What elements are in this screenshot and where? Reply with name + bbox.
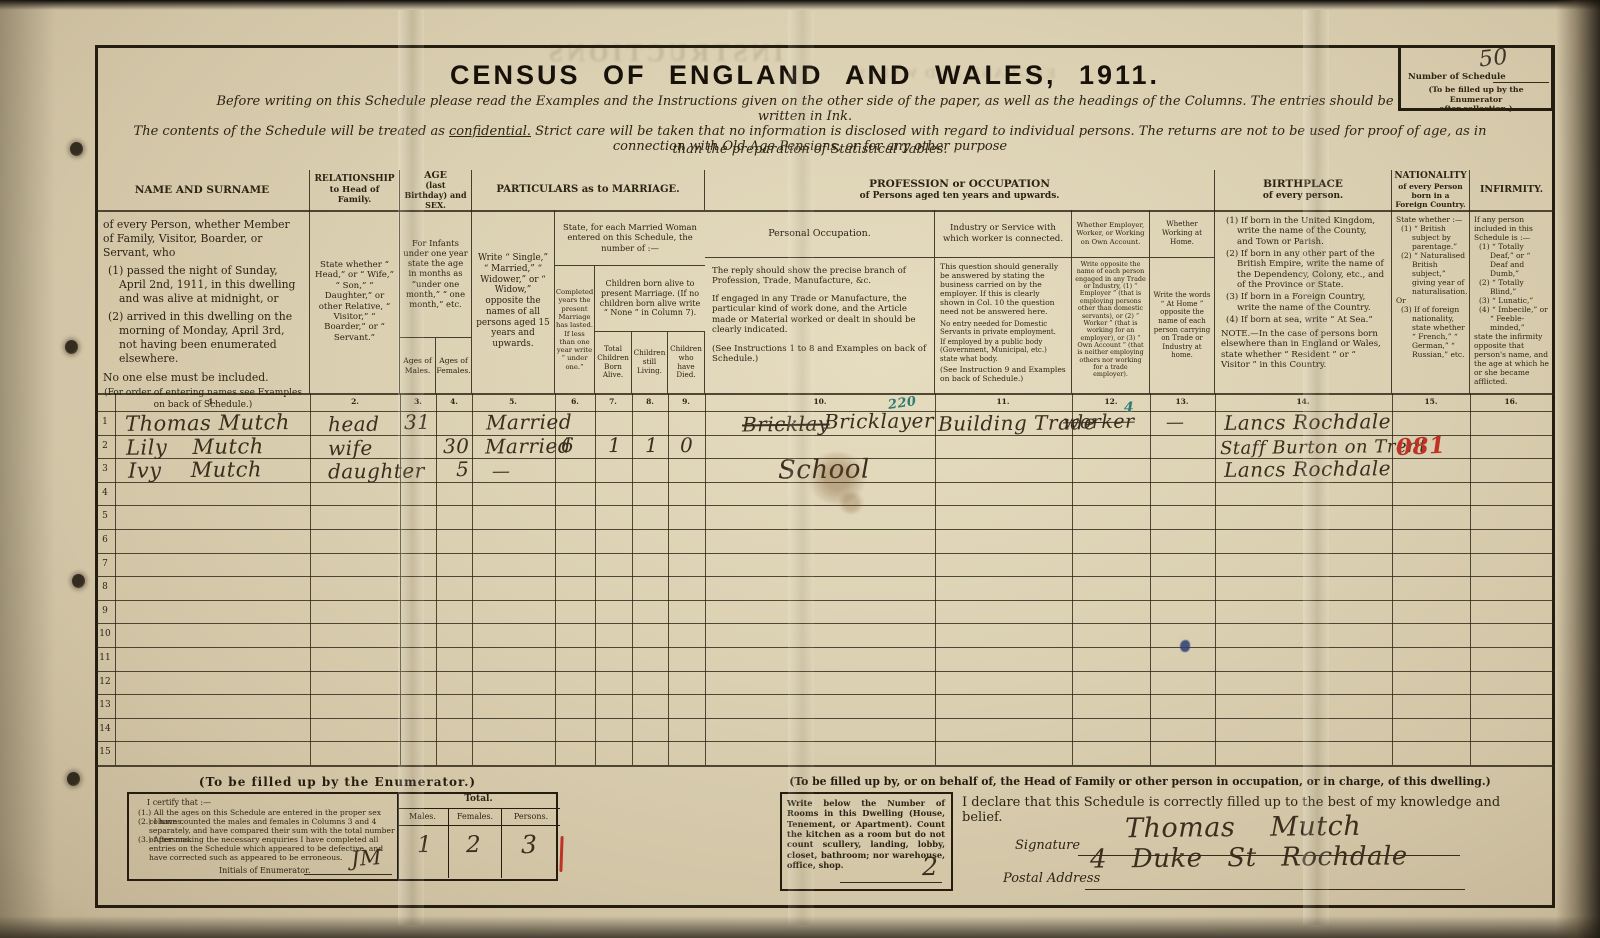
- column-number: 10.: [813, 397, 826, 406]
- entry-marriage: Married: [485, 434, 571, 459]
- entry-relationship: daughter: [328, 458, 425, 483]
- grid-hline: [95, 529, 1555, 530]
- schedule-number-label: Number of Schedule: [1408, 72, 1506, 82]
- desc-employer-worker: Write opposite the name of each person e…: [1072, 258, 1150, 393]
- entry-name: Thomas Mutch: [125, 410, 290, 436]
- grid-hline: [95, 647, 1555, 648]
- punch-hole: [70, 142, 83, 156]
- grid-hline: [95, 718, 1555, 719]
- grid-vline: [115, 393, 116, 765]
- rooms-value: 2: [922, 852, 939, 881]
- header-nationality: NATIONALITYof every Person born in a For…: [1392, 170, 1470, 210]
- grid-hline: [95, 600, 1555, 601]
- punch-hole: [65, 340, 78, 354]
- householder-heading: (To be filled up by, or on behalf of, th…: [780, 775, 1500, 788]
- row-number: 10: [99, 629, 110, 639]
- desc-industry: This question should generally be answer…: [935, 258, 1072, 393]
- punch-hole: [72, 574, 85, 588]
- row-number: 15: [99, 747, 110, 757]
- entry-age: 31: [404, 410, 431, 434]
- desc-total-children: Total Children Born Alive.: [595, 332, 632, 393]
- entry-marriage: —: [492, 461, 511, 482]
- totals-females-label: Females.: [449, 809, 502, 826]
- column-number: 5.: [509, 397, 517, 406]
- entry-birthplace: Lancs Rochdale: [1224, 409, 1391, 435]
- desc-working-at-home: Write the words “ At Home ” opposite the…: [1150, 258, 1215, 393]
- grid-vline: [310, 393, 311, 765]
- row-number: 12: [99, 677, 110, 687]
- schedule-number-line: [1493, 82, 1549, 83]
- enumerator-initials-label: Initials of Enumerator.: [219, 866, 311, 875]
- entry-marriage: Married: [486, 410, 572, 435]
- column-number: 13.: [1175, 397, 1188, 406]
- rooms-box: Write below the Number of Rooms in this …: [780, 792, 953, 891]
- desc-marital-status: Write “ Single,” “ Married,” “ Widower,”…: [472, 210, 555, 393]
- entry-at-home: —: [1166, 412, 1185, 433]
- desc-age-females: Ages of Females.: [436, 338, 472, 393]
- schedule-number-value: 50: [1478, 45, 1509, 73]
- row-number: 8: [102, 582, 108, 592]
- desc-name: of every Person, whether Member of Famil…: [95, 210, 310, 393]
- column-number: 3.: [414, 397, 422, 406]
- header-profession: PROFESSION or OCCUPATIONof Persons aged …: [705, 170, 1215, 210]
- entry-birthplace: Lancs Rochdale: [1224, 456, 1391, 482]
- schedule-number-box: Number of Schedule (To be filled up by t…: [1398, 45, 1554, 111]
- entry-occupation-struck: Bricklay: [742, 412, 830, 437]
- row-number: 3: [102, 464, 108, 474]
- column-number: 1.: [208, 397, 216, 406]
- grid-hline: [95, 623, 1555, 624]
- instruction-line-1: Before writing on this Schedule please r…: [200, 94, 1410, 124]
- header-infirmity: INFIRMITY.: [1470, 170, 1553, 210]
- grid-hline: [95, 576, 1555, 577]
- row-number: 13: [99, 700, 110, 710]
- totals-males-label: Males.: [397, 809, 449, 826]
- entry-children-born: 1: [608, 433, 621, 457]
- entry-name: Lily Mutch: [126, 434, 264, 459]
- grid-hline: [95, 505, 1555, 506]
- desc-years-married: Completed years the present Marriage has…: [555, 266, 595, 393]
- header-bottom-rule: [95, 393, 1555, 395]
- employment-code-mark: 4: [1124, 400, 1134, 416]
- desc-personal-occupation: The reply should show the precise branch…: [705, 258, 935, 393]
- desc-age-males: Ages of Males.: [400, 338, 436, 393]
- grid-vline: [436, 393, 437, 765]
- entry-age: 5: [456, 457, 469, 481]
- row-number: 14: [99, 724, 110, 734]
- desc-nationality: State whether :— (1) “ British subject b…: [1392, 210, 1470, 393]
- entry-children-living: 1: [645, 433, 658, 457]
- postal-address-value: 4 Duke St Rochdale: [1090, 841, 1408, 874]
- confidential-pre: The contents of the Schedule will be tre…: [134, 124, 449, 139]
- desc-children-living: Children still Living.: [632, 332, 668, 393]
- signature-value: Thomas Mutch: [1125, 811, 1361, 844]
- header-birthplace: BIRTHPLACEof every person.: [1215, 170, 1392, 210]
- grid-hline: [95, 671, 1555, 672]
- rooms-line: [840, 882, 942, 883]
- entry-relationship: head: [328, 412, 380, 437]
- column-number: 7.: [609, 397, 617, 406]
- confidential-word: confidential.: [449, 124, 531, 139]
- column-number: 12.: [1104, 397, 1117, 406]
- enumerator-box: I certify that :— (1.) All the ages on t…: [127, 792, 558, 881]
- scan-edge-right: [1556, 0, 1600, 938]
- totals-males-value: 1: [417, 832, 432, 858]
- row-number: 4: [102, 488, 108, 498]
- entry-name: Ivy Mutch: [128, 457, 262, 482]
- desc-children-died: Children who have Died.: [668, 332, 705, 393]
- scan-edge-left: [0, 0, 55, 938]
- grid-vline: [1470, 393, 1471, 765]
- subhead-personal-occupation: Personal Occupation.: [705, 210, 935, 258]
- column-number: 4.: [450, 397, 458, 406]
- row-number: 9: [102, 606, 108, 616]
- scan-edge-bottom: [0, 916, 1600, 938]
- row-number: 6: [102, 535, 108, 545]
- grid-vline: [472, 393, 473, 765]
- subhead-employer-worker: Whether Employer, Worker, or Working on …: [1072, 210, 1150, 258]
- entry-occupation: Bricklayer: [824, 408, 934, 433]
- grid-vline: [1150, 393, 1151, 765]
- page-title: CENSUS OF ENGLAND AND WALES, 1911.: [200, 60, 1410, 91]
- desc-children-born: Children born alive to present Marriage.…: [595, 266, 705, 332]
- row-number: 7: [102, 559, 108, 569]
- desc-infirmity: If any person included in this Schedule …: [1470, 210, 1553, 393]
- instruction-line-3: than the preparation of Statistical Tabl…: [110, 142, 1510, 157]
- grid-vline: [595, 393, 596, 765]
- column-number: 14.: [1296, 397, 1309, 406]
- column-number: 16.: [1504, 397, 1517, 406]
- desc-birthplace: (1) If born in the United Kingdom, write…: [1215, 210, 1392, 393]
- enumerator-heading: (To be filled up by the Enumerator.): [115, 775, 560, 789]
- postal-address-line: [1085, 889, 1465, 890]
- desc-relationship: State whether “ Head,” or “ Wife,” “ Son…: [310, 210, 400, 393]
- header-relationship: RELATIONSHIPto Head of Family.: [310, 170, 400, 210]
- grid-hline: [95, 694, 1555, 695]
- grid-vline: [668, 393, 669, 765]
- grid-vline: [400, 393, 401, 765]
- entry-occupation: School: [778, 455, 870, 486]
- header-name: NAME AND SURNAME: [95, 170, 310, 210]
- totals-header: Total.: [397, 794, 560, 809]
- entry-relationship: wife: [328, 436, 373, 460]
- totals-persons-value: 3: [521, 830, 538, 859]
- nationality-code-mark: 081: [1395, 432, 1446, 462]
- census-1911-schedule-scan: INSTRUCTIONS ENGLAND AND WALES CENSUS OF…: [0, 0, 1600, 938]
- row-number: 11: [99, 653, 110, 663]
- postal-address-label: Postal Address: [1003, 871, 1100, 886]
- grid-vline: [632, 393, 633, 765]
- column-number: 2.: [351, 397, 359, 406]
- header-marriage: PARTICULARS as to MARRIAGE.: [472, 170, 705, 210]
- grid-hline: [95, 553, 1555, 554]
- header-age: AGE(last Birthday) and SEX.: [400, 170, 472, 210]
- initials-line: [304, 874, 392, 875]
- grid-hline: [95, 741, 1555, 742]
- grid-vline: [1072, 393, 1073, 765]
- punch-hole: [67, 772, 80, 786]
- enumerator-certify: I certify that :—: [147, 798, 211, 807]
- row-number: 1: [102, 417, 108, 427]
- enumerator-initials-value: JM: [350, 845, 383, 871]
- ink-blot: [1180, 640, 1190, 652]
- schedule-box-note: (To be filled up by the Enumerator after…: [1401, 85, 1551, 114]
- totals-females-value: 2: [466, 832, 481, 858]
- grid-hline: [95, 765, 1555, 767]
- totals-persons-label: Persons.: [502, 809, 560, 826]
- grid-vline: [1215, 393, 1216, 765]
- desc-age-infants: For Infants under one year state the age…: [400, 210, 472, 338]
- column-number: 15.: [1424, 397, 1437, 406]
- entry-age: 30: [443, 434, 470, 458]
- entry-children-died: 0: [680, 433, 693, 457]
- scan-edge-top: [0, 0, 1600, 10]
- desc-married-woman: State, for each Married Woman entered on…: [555, 210, 705, 266]
- column-number: 6.: [571, 397, 579, 406]
- column-number: 8.: [646, 397, 654, 406]
- grid-vline: [705, 393, 706, 765]
- grid-vline: [935, 393, 936, 765]
- subhead-industry: Industry or Service with which worker is…: [935, 210, 1072, 258]
- entry-years-married: 6: [561, 433, 574, 457]
- column-number: 11.: [996, 397, 1009, 406]
- row-number: 5: [102, 511, 108, 521]
- subhead-working-at-home: Whether Working at Home.: [1150, 210, 1215, 258]
- signature-label: Signature: [1015, 838, 1080, 853]
- column-number: 9.: [682, 397, 690, 406]
- row-number: 2: [102, 441, 108, 451]
